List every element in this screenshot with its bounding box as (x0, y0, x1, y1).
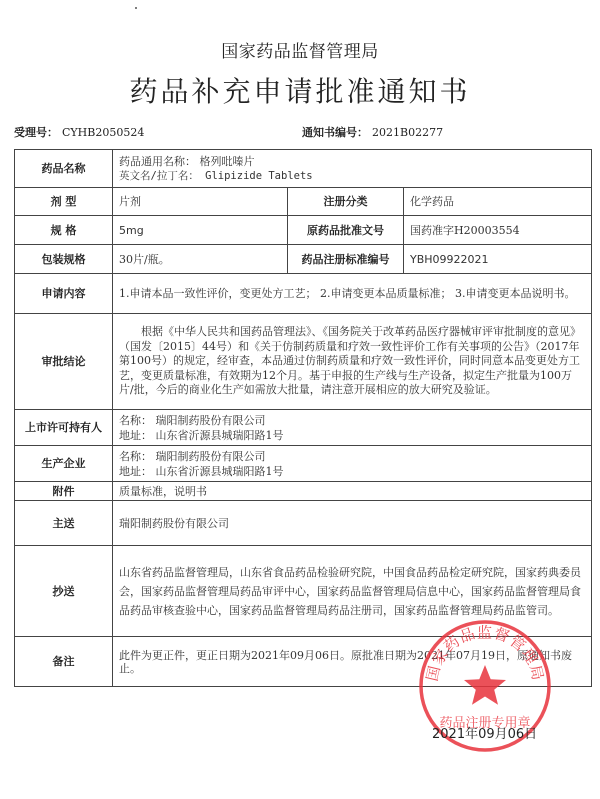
mah-name: 名称： 瑞阳制药股份有限公司 (119, 413, 585, 428)
mah-label: 上市许可持有人 (15, 410, 113, 446)
row-drug-name: 药品名称 药品通用名称： 格列吡嗪片 英文名/拉丁名： Glipizide Ta… (15, 150, 592, 188)
strength-value: 5mg (113, 216, 288, 245)
mah-address: 地址： 山东省沂源县城瑞阳路1号 (119, 428, 585, 443)
acceptance-number-label: 受理号： (14, 126, 58, 139)
english-name: 英文名/拉丁名： Glipizide Tablets (119, 169, 585, 184)
strength-label: 规 格 (15, 216, 113, 245)
manufacturer-name: 名称： 瑞阳制药股份有限公司 (119, 449, 585, 464)
star-icon (464, 665, 506, 705)
row-application-content: 申请内容 1.申请本品一致性评价，变更处方工艺； 2.申请变更本品质量标准； 3… (15, 274, 592, 314)
attachments-label: 附件 (15, 482, 113, 501)
remarks-label: 备注 (15, 637, 113, 687)
document-title: 药品补充申请批准通知书 (0, 70, 600, 110)
scan-speck (135, 7, 137, 9)
manufacturer-value: 名称： 瑞阳制药股份有限公司 地址： 山东省沂源县城瑞阳路1号 (113, 446, 592, 482)
registration-class-value: 化学药品 (404, 188, 592, 216)
row-dosage-form: 剂 型 片剂 注册分类 化学药品 (15, 188, 592, 216)
manufacturer-label: 生产企业 (15, 446, 113, 482)
agency-name: 国家药品监督管理局 (0, 37, 600, 62)
cc-label: 抄送 (15, 546, 113, 637)
manufacturer-address: 地址： 山东省沂源县城瑞阳路1号 (119, 464, 585, 479)
package-value: 30片/瓶。 (113, 245, 288, 274)
drug-name-label: 药品名称 (15, 150, 113, 188)
row-package: 包装规格 30片/瓶。 药品注册标准编号 YBH09922021 (15, 245, 592, 274)
original-approval-no-label: 原药品批准文号 (288, 216, 404, 245)
row-approval-conclusion: 审批结论 根据《中华人民共和国药品管理法》、《国务院关于改革药品医疗器械审评审批… (15, 314, 592, 410)
acceptance-number: 受理号：CYHB2050524 (14, 124, 144, 140)
package-label: 包装规格 (15, 245, 113, 274)
main-recipient-value: 瑞阳制药股份有限公司 (113, 501, 592, 546)
application-content-value: 1.申请本品一致性评价，变更处方工艺； 2.申请变更本品质量标准； 3.申请变更… (113, 274, 592, 314)
generic-name: 药品通用名称： 格列吡嗪片 (119, 154, 585, 169)
row-mah: 上市许可持有人 名称： 瑞阳制药股份有限公司 地址： 山东省沂源县城瑞阳路1号 (15, 410, 592, 446)
approval-form-table: 药品名称 药品通用名称： 格列吡嗪片 英文名/拉丁名： Glipizide Ta… (14, 149, 592, 687)
notice-number-value: 2021B02277 (372, 126, 443, 139)
row-strength: 规 格 5mg 原药品批准文号 国药准字H20003554 (15, 216, 592, 245)
standard-no-label: 药品注册标准编号 (288, 245, 404, 274)
main-recipient-label: 主送 (15, 501, 113, 546)
notice-number: 通知书编号：2021B02277 (302, 124, 443, 140)
issue-date: 2021年09月06日 (432, 723, 537, 742)
mah-value: 名称： 瑞阳制药股份有限公司 地址： 山东省沂源县城瑞阳路1号 (113, 410, 592, 446)
row-manufacturer: 生产企业 名称： 瑞阳制药股份有限公司 地址： 山东省沂源县城瑞阳路1号 (15, 446, 592, 482)
drug-name-value: 药品通用名称： 格列吡嗪片 英文名/拉丁名： Glipizide Tablets (113, 150, 592, 188)
dosage-form-label: 剂 型 (15, 188, 113, 216)
approval-conclusion-value: 根据《中华人民共和国药品管理法》、《国务院关于改革药品医疗器械审评审批制度的意见… (113, 314, 592, 410)
dosage-form-value: 片剂 (113, 188, 288, 216)
attachments-value: 质量标准，说明书 (113, 482, 592, 501)
row-attachments: 附件 质量标准，说明书 (15, 482, 592, 501)
approval-conclusion-text: 根据《中华人民共和国药品管理法》、《国务院关于改革药品医疗器械审评审批制度的意见… (119, 325, 585, 398)
registration-class-label: 注册分类 (288, 188, 404, 216)
acceptance-number-value: CYHB2050524 (62, 126, 144, 139)
row-main-recipient: 主送 瑞阳制药股份有限公司 (15, 501, 592, 546)
application-content-label: 申请内容 (15, 274, 113, 314)
original-approval-no-value: 国药准字H20003554 (404, 216, 592, 245)
standard-no-value: YBH09922021 (404, 245, 592, 274)
notice-number-label: 通知书编号： (302, 126, 368, 139)
approval-conclusion-label: 审批结论 (15, 314, 113, 410)
